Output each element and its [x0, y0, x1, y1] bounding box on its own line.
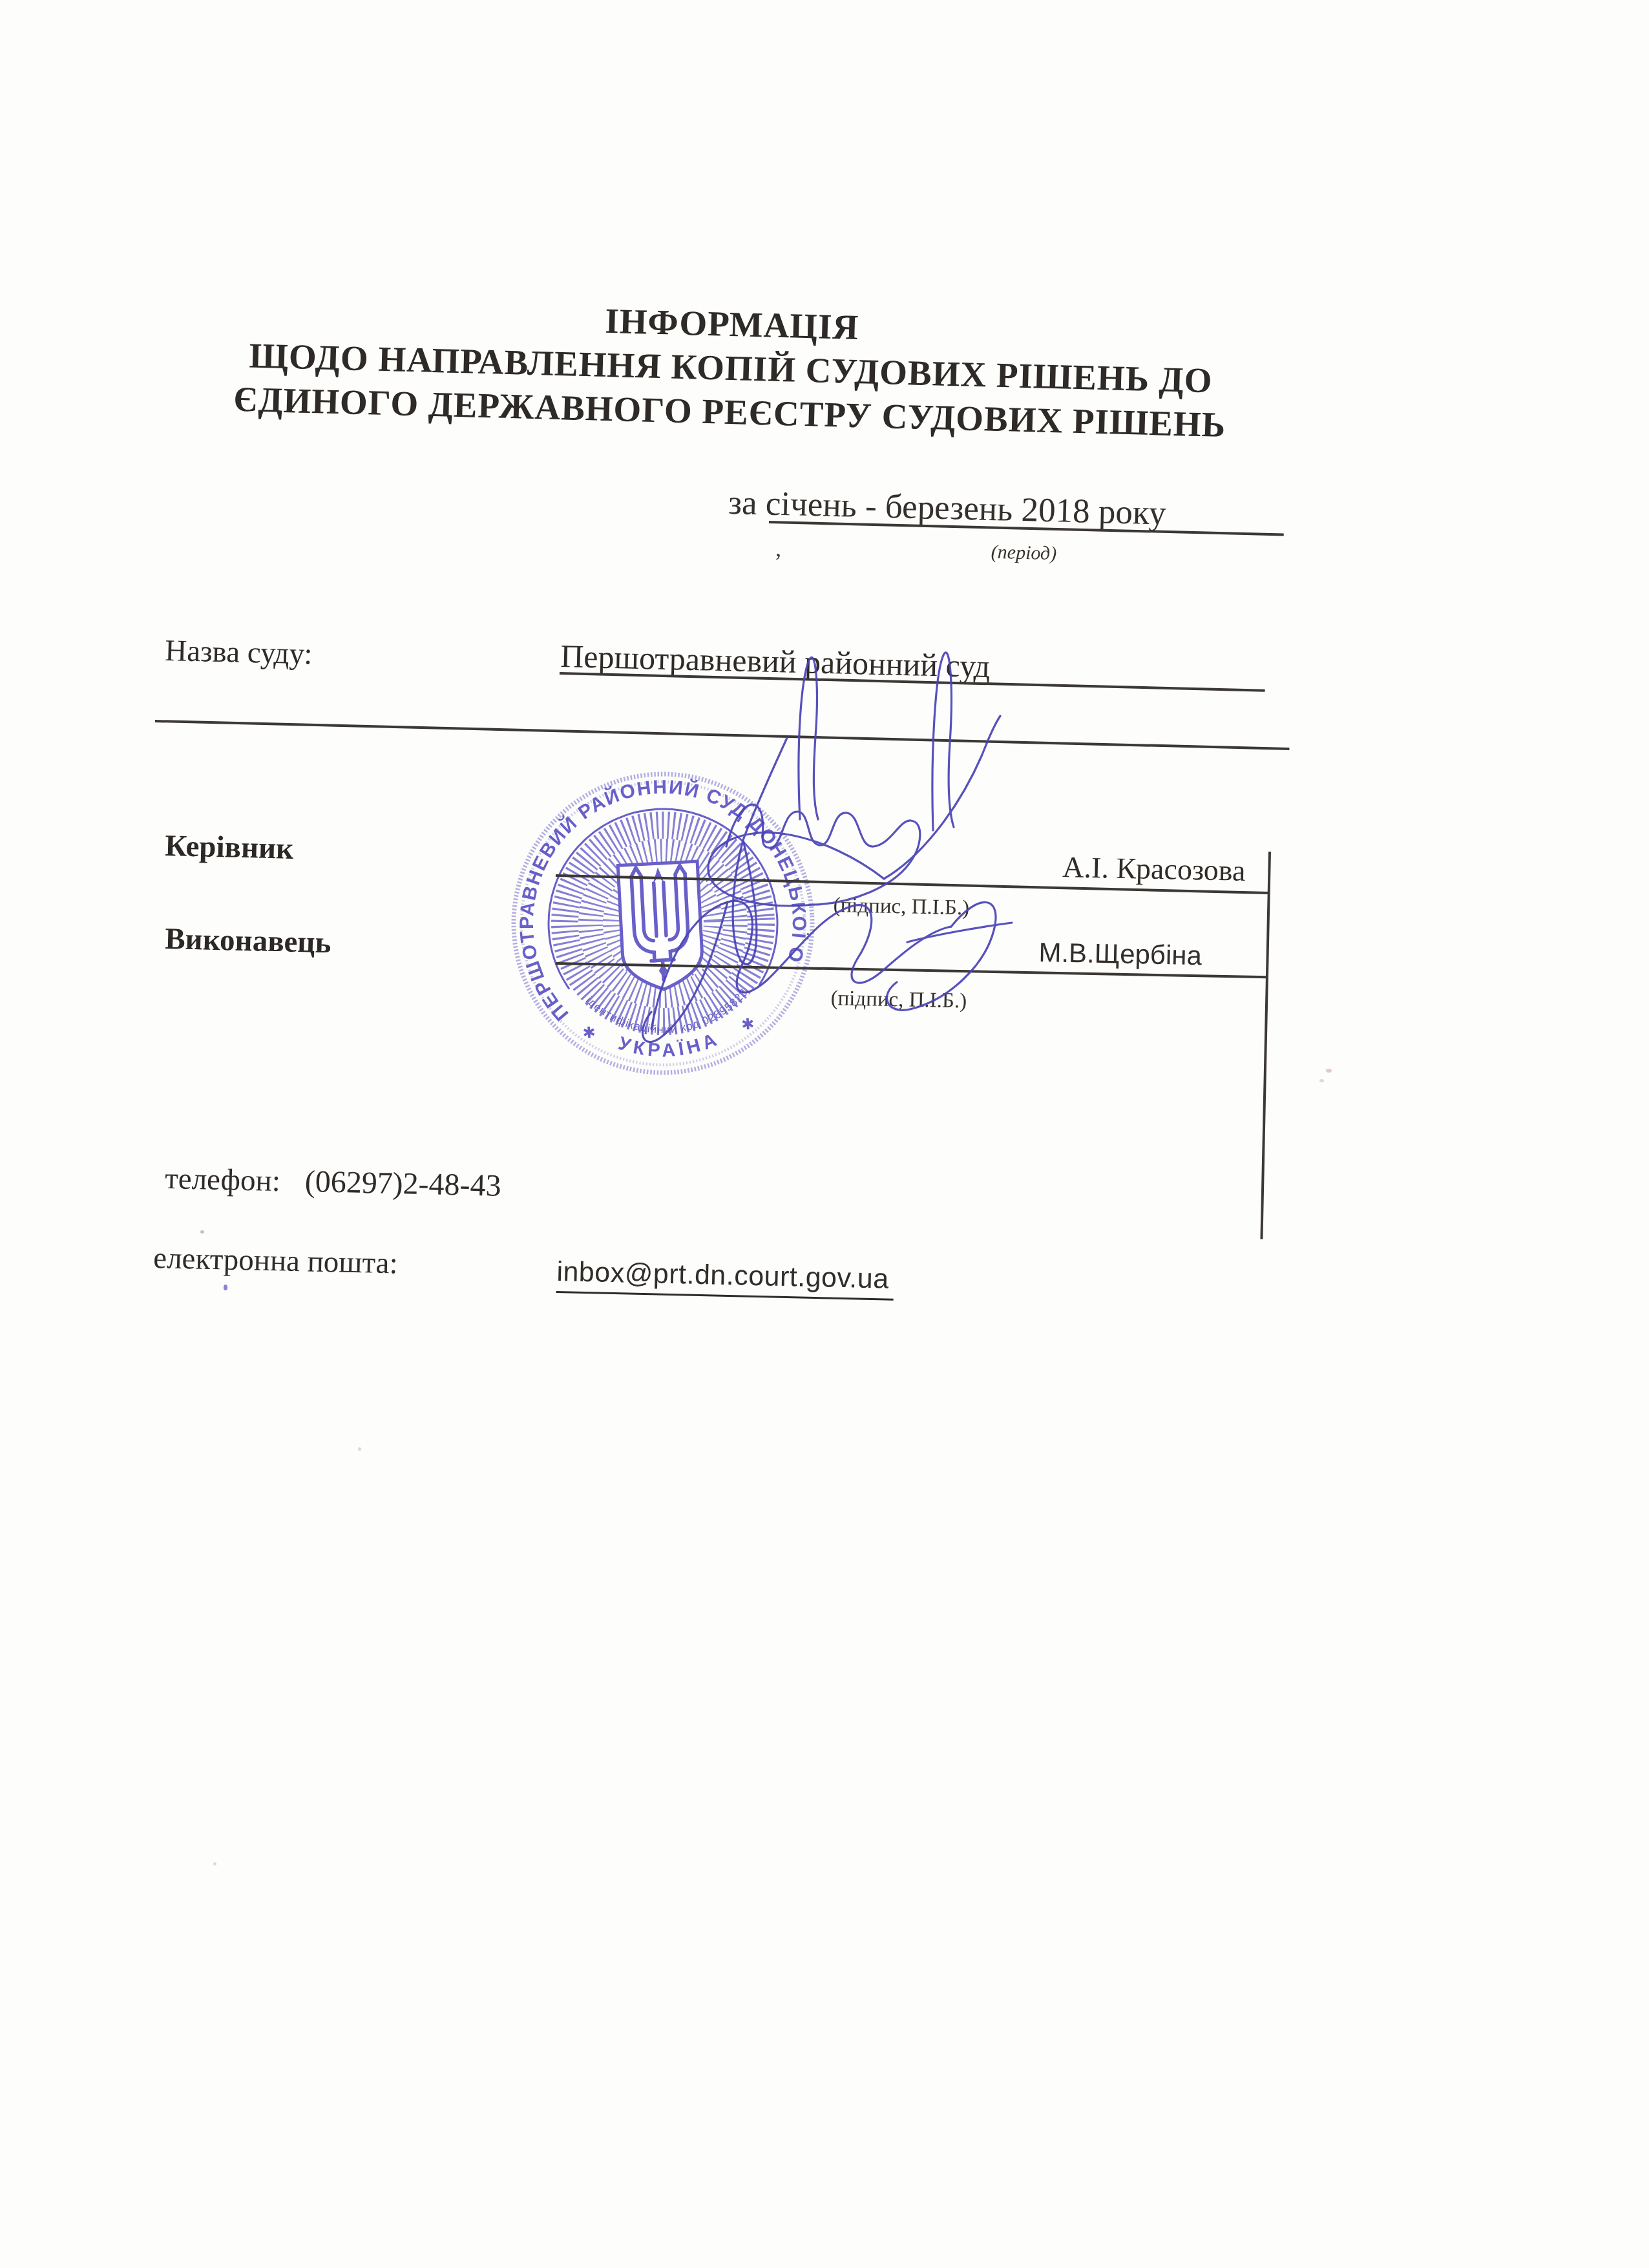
scan-speck	[358, 1447, 361, 1451]
handwritten-signatures	[582, 640, 1047, 1079]
phone-value: (06297)2-48-43	[304, 1164, 501, 1203]
scan-speck	[224, 1285, 227, 1290]
vykonavets-name: М.В.Щербіна	[1038, 937, 1202, 971]
scan-speck	[1326, 1069, 1332, 1073]
document-title: ІНФОРМАЦІЯ ЩОДО НАПРАВЛЕННЯ КОПІЙ СУДОВИ…	[112, 286, 1350, 450]
vykonavets-role-label: Виконавець	[165, 921, 331, 960]
phone-label: телефон:	[165, 1162, 281, 1198]
email-value: inbox@prt.dn.court.gov.ua	[556, 1256, 894, 1301]
phone-row: телефон:(06297)2-48-43	[165, 1160, 502, 1204]
scanned-page: ІНФОРМАЦІЯ ЩОДО НАПРАВЛЕННЯ КОПІЙ СУДОВИ…	[0, 0, 1649, 2268]
kerivnyk-role-label: Керівник	[165, 828, 294, 866]
kerivnyk-name: А.І. Красозова	[1062, 850, 1246, 888]
table-right-border	[1260, 852, 1271, 1239]
scan-speck: ,	[775, 535, 781, 562]
scan-speck	[213, 1862, 216, 1865]
vykonavets-signature	[642, 901, 1012, 1042]
email-label: електронна пошта:	[153, 1241, 398, 1281]
court-name-label: Назва суду:	[165, 633, 313, 672]
scan-speck	[1319, 1079, 1324, 1082]
period-caption: (період)	[891, 539, 1157, 567]
scan-speck	[200, 1230, 204, 1234]
